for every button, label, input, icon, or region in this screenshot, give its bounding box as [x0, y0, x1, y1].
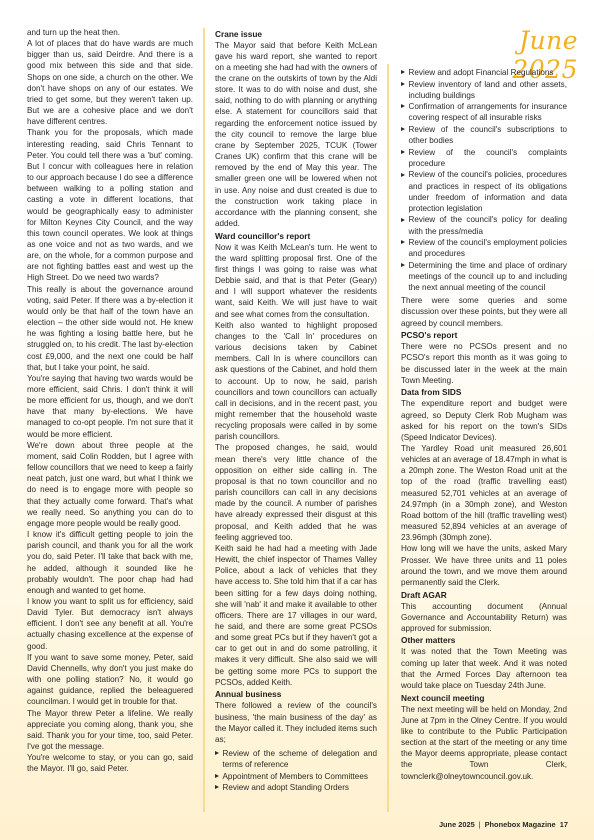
paragraph: We're down about three people at the mom… — [27, 440, 193, 529]
page-footer: June 2025|Phonebox Magazine 17 — [428, 820, 568, 829]
list-item-text: Confirmation of arrangements for insuran… — [409, 102, 568, 122]
section-heading-draft-agar: Draft AGAR — [401, 590, 567, 601]
paragraph: I know it's difficult getting people to … — [27, 529, 193, 596]
list-item: Review of the council's policies, proced… — [401, 169, 567, 214]
bullet-triangle-icon — [401, 218, 405, 222]
paragraph: The next meeting will be held on Monday,… — [401, 704, 567, 782]
list-item: Review of the scheme of delegation and t… — [215, 748, 377, 770]
list-item-text: Review of the council's employment polic… — [409, 238, 568, 258]
bullet-triangle-icon — [401, 82, 405, 86]
bullet-triangle-icon — [401, 150, 405, 154]
paragraph: The expenditure report and budget were a… — [401, 398, 567, 443]
list-item-text: Review of the council's policy for deali… — [409, 215, 568, 235]
paragraph: The Mayor threw Peter a lifeline. We rea… — [27, 708, 193, 753]
paragraph: You're saying that having two wards woul… — [27, 373, 193, 440]
footer-date: June 2025 — [439, 820, 475, 829]
list-item-text: Review of the scheme of delegation and t… — [223, 749, 378, 769]
footer-publication: Phonebox Magazine — [485, 820, 556, 829]
list-item-text: Review of the council's subscriptions to… — [409, 125, 568, 145]
list-item: Review inventory of land and other asset… — [401, 79, 567, 101]
list-item: Review of the council's subscriptions to… — [401, 124, 567, 146]
paragraph: There followed a review of the council's… — [215, 700, 377, 745]
paragraph: Keith said he had had a meeting with Jad… — [215, 543, 377, 688]
paragraph: You're welcome to stay, or you can go, s… — [27, 752, 193, 774]
section-heading-crane-issue: Crane issue — [215, 29, 377, 40]
paragraph: A lot of places that do have wards are m… — [27, 38, 193, 127]
list-item: Appointment of Members to Committees — [215, 771, 377, 782]
bullet-triangle-icon — [401, 173, 405, 177]
list-item: Review and adopt Financial Regulations — [401, 67, 567, 78]
annual-business-list-continued: Review and adopt Financial Regulations R… — [401, 67, 567, 293]
annual-business-list: Review of the scheme of delegation and t… — [215, 748, 377, 793]
list-item-text: Review of the council's policies, proced… — [409, 170, 568, 212]
column-divider-left — [203, 28, 205, 812]
section-heading-pcso-report: PCSO's report — [401, 330, 567, 341]
article-column-3: Review and adopt Financial Regulations R… — [401, 67, 567, 782]
paragraph: How long will we have the units, asked M… — [401, 543, 567, 588]
paragraph: Now it was Keith McLean's turn. He went … — [215, 242, 377, 320]
paragraph: and turn up the heat then. — [27, 27, 193, 38]
list-item-text: Determining the time and place of ordina… — [409, 261, 568, 292]
page-number: 17 — [560, 820, 568, 829]
bullet-triangle-icon — [215, 785, 219, 789]
section-heading-sids-data: Data from SIDS — [401, 387, 567, 398]
bullet-triangle-icon — [401, 263, 405, 267]
list-item: Review of the council's policy for deali… — [401, 214, 567, 236]
paragraph: There were some queries and some discuss… — [401, 295, 567, 328]
paragraph: The Mayor said that before Keith McLean … — [215, 40, 377, 230]
bullet-triangle-icon — [401, 70, 405, 74]
list-item: Confirmation of arrangements for insuran… — [401, 101, 567, 123]
paragraph: I know you want to split us for efficien… — [27, 596, 193, 652]
list-item: Determining the time and place of ordina… — [401, 260, 567, 293]
list-item-text: Review of the council's complaints proce… — [409, 148, 568, 168]
paragraph: This accounting document (Annual Governa… — [401, 601, 567, 634]
list-item-text: Appointment of Members to Committees — [223, 772, 368, 781]
column-divider-right — [387, 64, 389, 812]
section-heading-ward-report: Ward councillor's report — [215, 231, 377, 242]
paragraph: This really is about the governance arou… — [27, 284, 193, 373]
list-item-text: Review inventory of land and other asset… — [409, 80, 568, 100]
section-heading-annual-business: Annual business — [215, 689, 377, 700]
section-heading-next-meeting: Next council meeting — [401, 693, 567, 704]
bullet-triangle-icon — [401, 104, 405, 108]
paragraph: It was noted that the Town Meeting was c… — [401, 646, 567, 691]
footer-separator: | — [479, 820, 481, 829]
paragraph: The Yardley Road unit measured 26,601 ve… — [401, 443, 567, 543]
paragraph: The proposed changes, he said, would mea… — [215, 442, 377, 542]
list-item: Review of the council's complaints proce… — [401, 147, 567, 169]
article-column-2: Crane issue The Mayor said that before K… — [215, 27, 377, 794]
bullet-triangle-icon — [215, 751, 219, 755]
paragraph: Keith also wanted to highlight proposed … — [215, 320, 377, 443]
bullet-triangle-icon — [215, 774, 219, 778]
bullet-triangle-icon — [401, 127, 405, 131]
list-item: Review and adopt Standing Orders — [215, 782, 377, 793]
list-item: Review of the council's employment polic… — [401, 237, 567, 259]
paragraph: There were no PCSOs present and no PCSO'… — [401, 341, 567, 386]
paragraph: If you want to save some money, Peter, s… — [27, 652, 193, 708]
list-item-text: Review and adopt Standing Orders — [223, 783, 349, 792]
section-heading-other-matters: Other matters — [401, 635, 567, 646]
paragraph: Thank you for the proposals, which made … — [27, 127, 193, 283]
list-item-text: Review and adopt Financial Regulations — [409, 68, 554, 77]
article-column-1: and turn up the heat then. A lot of plac… — [27, 27, 193, 774]
bullet-triangle-icon — [401, 240, 405, 244]
